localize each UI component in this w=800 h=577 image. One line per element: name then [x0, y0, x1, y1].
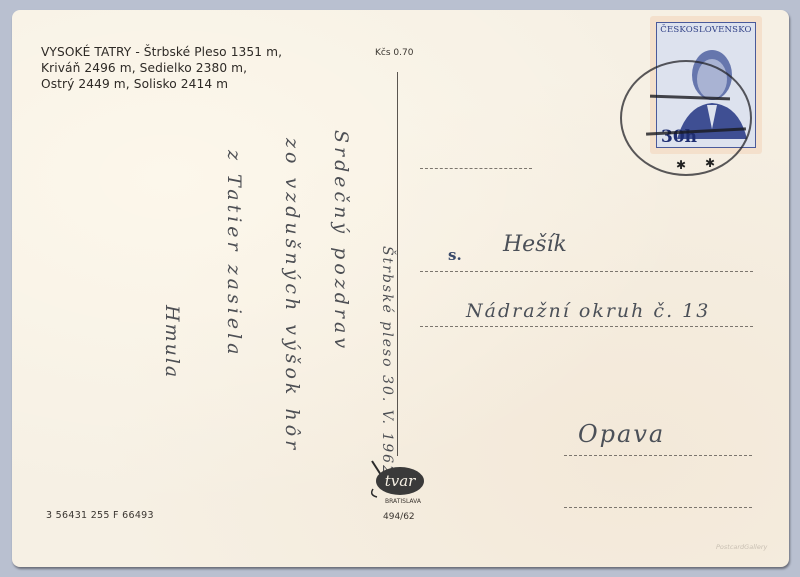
message-line-3: z Tatier zasiela: [223, 150, 245, 358]
message-line-2: zo vzdušných výšok hôr: [281, 138, 303, 453]
message-line-1: Srdečný pozdrav: [330, 130, 352, 352]
postmark-star-icon: ✱: [676, 158, 686, 172]
postmark-star-icon: ✱: [705, 156, 715, 170]
address-title: s.: [448, 246, 462, 264]
watermark: PostcardGallery: [716, 543, 767, 551]
price-label: Kčs 0.70: [375, 48, 413, 58]
caption-line-1: VYSOKÉ TATRY - Štrbské Pleso 1351 m,: [41, 44, 282, 60]
address-city: Opava: [578, 420, 665, 448]
publisher-number: 494/62: [383, 512, 415, 522]
address-line: [420, 326, 753, 327]
address-line: [564, 455, 752, 456]
center-divider: [397, 72, 398, 456]
message-signature: Hmula: [161, 305, 183, 379]
address-line: [420, 168, 532, 169]
address-recipient: Hešík: [503, 232, 567, 257]
caption-line-3: Ostrý 2449 m, Solisko 2414 m: [41, 76, 282, 92]
stamp-country: ČESKOSLOVENSKO: [657, 25, 755, 35]
address-street: Nádražní okruh č. 13: [466, 300, 710, 322]
publisher-logo-icon: tvar BRATISLAVA: [367, 459, 427, 505]
location-caption: VYSOKÉ TATRY - Štrbské Pleso 1351 m, Kri…: [41, 44, 282, 92]
message-place-date: Štrbské pleso 30. V. 1962: [379, 246, 395, 476]
serial-number: 3 56431 255 F 66493: [46, 510, 154, 521]
address-line: [564, 507, 752, 508]
svg-text:tvar: tvar: [385, 472, 416, 490]
caption-line-2: Kriváň 2496 m, Sedielko 2380 m,: [41, 60, 282, 76]
svg-text:BRATISLAVA: BRATISLAVA: [385, 498, 422, 505]
address-line: [420, 271, 753, 272]
